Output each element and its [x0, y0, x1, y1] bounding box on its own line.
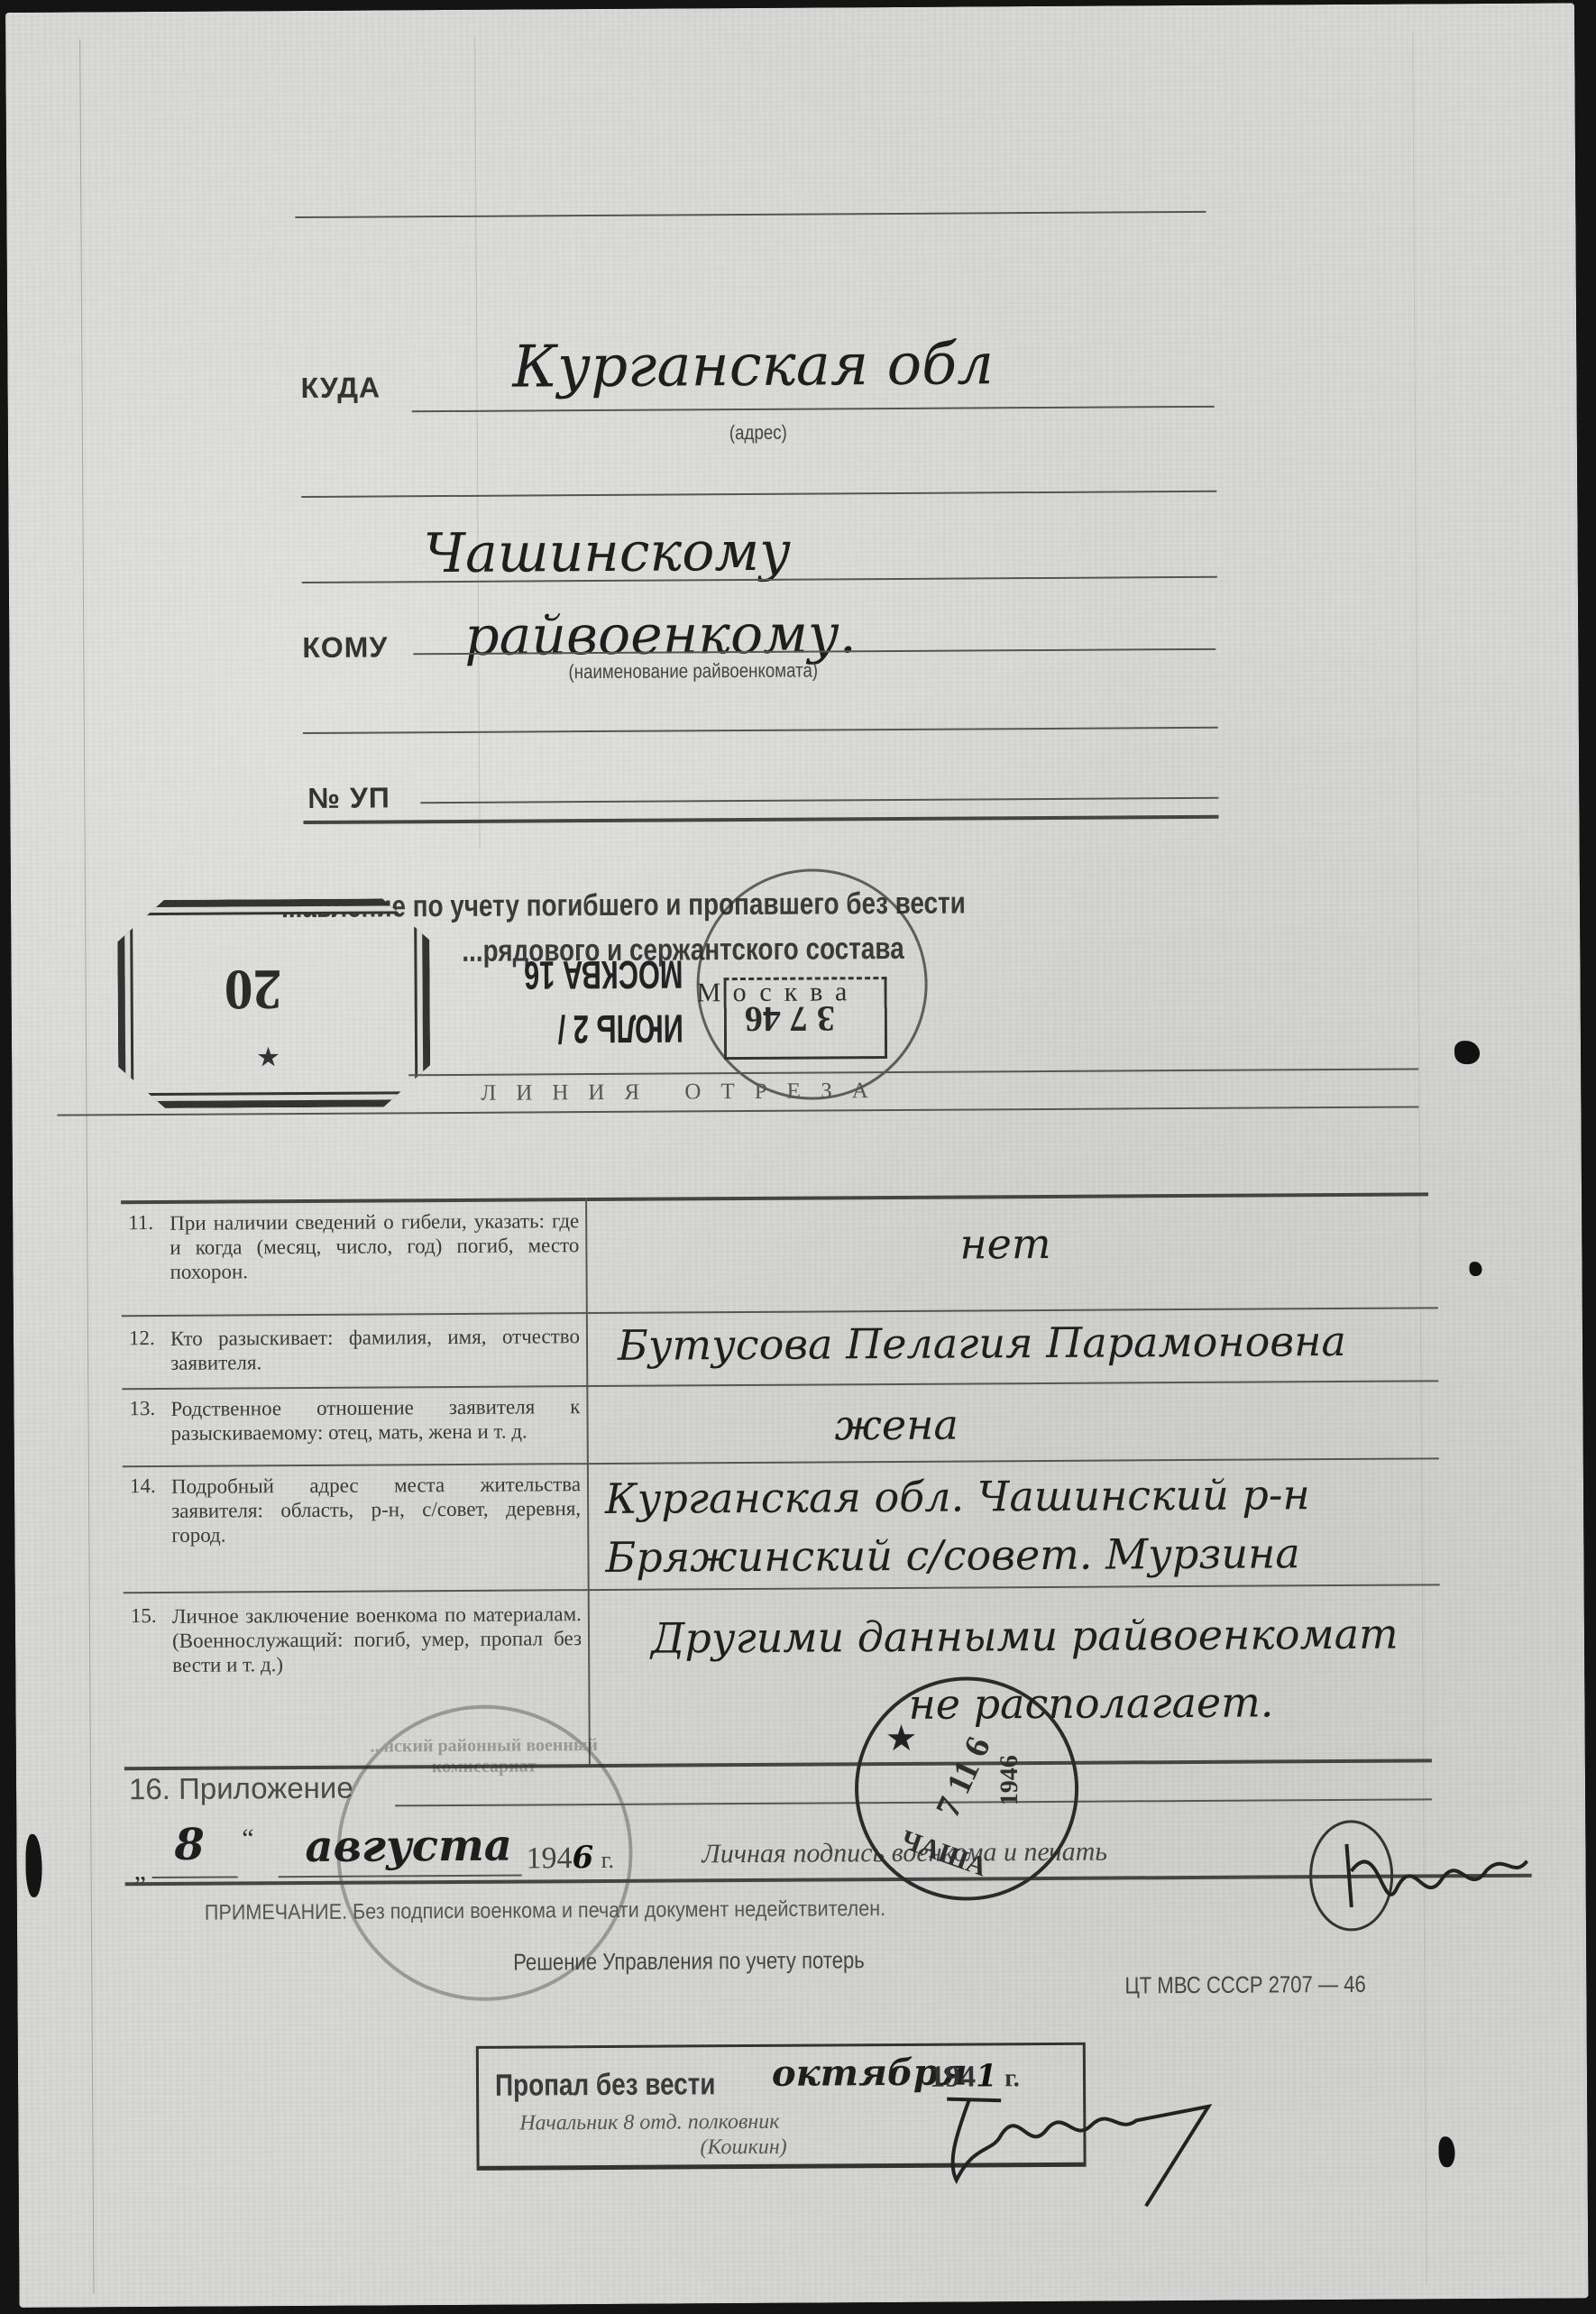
moscow-postmark: ИЮЛЬ 2 / МОСКВА 16 [453, 947, 652, 1074]
chief-signature [938, 2080, 1218, 2226]
row-question: При наличии сведений о гибели, указать: … [170, 1208, 579, 1284]
edge-tear [1454, 1041, 1480, 1064]
up-number-line [420, 797, 1218, 803]
rvk-caption: (наименование райвоенкомата) [568, 659, 818, 684]
row-question: Личное заключение военкома по материалам… [172, 1602, 582, 1677]
district-seal-text: ...нский районный военный комиссариат [367, 1735, 601, 1778]
document-sheet: КУДА Курганская обл (адрес) Чашинскому К… [5, 3, 1589, 2308]
to-whom-label: КОМУ [302, 630, 388, 665]
table-bottom [124, 1758, 1432, 1770]
row-number: 12. [129, 1327, 155, 1350]
row-number: 15. [131, 1604, 157, 1628]
top-rule [295, 211, 1206, 218]
decision-chief-name: (Кошкин) [700, 2135, 786, 2161]
date-year: 1946 г. [526, 1840, 614, 1877]
octagon-stamp-number: 20 [224, 956, 281, 1023]
table-row-divider [124, 1584, 1440, 1593]
validity-note: ПРИМЕЧАНИЕ. Без подписи военкома и печат… [205, 1896, 885, 1926]
fold-crease [79, 39, 94, 2293]
table-top [121, 1192, 1428, 1204]
to-where-label: КУДА [300, 371, 381, 405]
table-row: 11.При наличии сведений о гибели, указат… [128, 1208, 580, 1310]
row-answer: нет [959, 1219, 1050, 1269]
to-where-line-2 [301, 491, 1216, 498]
print-code: ЦТ МВС СССР 2707 — 46 [1124, 1970, 1366, 2000]
up-number-label: № УП [307, 781, 390, 815]
row-answer: не располагает. [908, 1677, 1273, 1728]
star-icon: ★ [256, 1042, 280, 1073]
fold-crease [474, 37, 480, 849]
row-question: Родственное отношение заявителя к разыск… [170, 1394, 580, 1446]
table-row: 14.Подробный адрес места жительства заяв… [130, 1472, 582, 1574]
date-month: августа [305, 1821, 512, 1872]
edge-tear [25, 1834, 41, 1897]
row-number: 14. [130, 1474, 156, 1498]
to-where-value: Курганская обл [512, 331, 994, 400]
table-row: 15.Личное заключение военкома по материа… [131, 1602, 582, 1703]
address-caption: (адрес) [729, 421, 787, 445]
edge-tear [1438, 2136, 1454, 2167]
octagon-stamp: 20 ★ [117, 898, 430, 1108]
date-day-line [152, 1876, 238, 1878]
row-answer: Другими данными райвоенкомат [651, 1610, 1399, 1663]
moscow-postmark-text: ИЮЛЬ 2 / МОСКВА 16 [493, 946, 683, 1055]
row-answer: Бряжинский с/совет. Мурзина [605, 1529, 1300, 1582]
to-whom-line-3 [303, 727, 1218, 734]
to-where-line [412, 406, 1215, 412]
header-divider [303, 815, 1218, 824]
row-question: Подробный адрес места жительства заявите… [171, 1472, 581, 1547]
commissar-signature [1297, 1816, 1541, 1935]
table-col-divider [585, 1198, 591, 1764]
row-number: 13. [129, 1397, 155, 1420]
chasha-postmark-year: 1946 [995, 1755, 1024, 1805]
row-answer: Курганская обл. Чашинский р-н [605, 1470, 1310, 1523]
row-question: Кто разыскивает: фамилия, имя, отчество … [170, 1324, 580, 1375]
date-close-quote: “ [242, 1823, 254, 1854]
attachment-label: 16. Приложение [129, 1771, 353, 1807]
fold-crease [1412, 31, 1426, 2285]
chasha-postmark-city: ЧАША [897, 1824, 991, 1883]
decision-status-label: Пропал без вести [495, 2067, 716, 2103]
cut-line-label: ЛИНИЯ ОТРЕЗА [481, 1079, 888, 1106]
edge-tear [1469, 1262, 1481, 1276]
chasha-postmark-date: 7 11 6 [928, 1731, 999, 1823]
date-year-suffix: 6 [572, 1840, 593, 1876]
row-answer: Бутусова Пелагия Парамоновна [618, 1317, 1346, 1370]
moscow-round-stamp [696, 868, 929, 1101]
row-answer: жена [834, 1400, 959, 1450]
decision-title: Решение Управления по учету потерь [513, 1946, 865, 1976]
date-year-unit: г. [601, 1847, 614, 1873]
row-number: 11. [128, 1211, 153, 1235]
decision-chief-label: Начальник 8 отд. полковник [519, 2110, 779, 2136]
date-year-prefix: 194 [526, 1841, 572, 1875]
date-day: 8 [174, 1820, 205, 1870]
to-whom-value-line1: Чашинскому [423, 520, 791, 585]
